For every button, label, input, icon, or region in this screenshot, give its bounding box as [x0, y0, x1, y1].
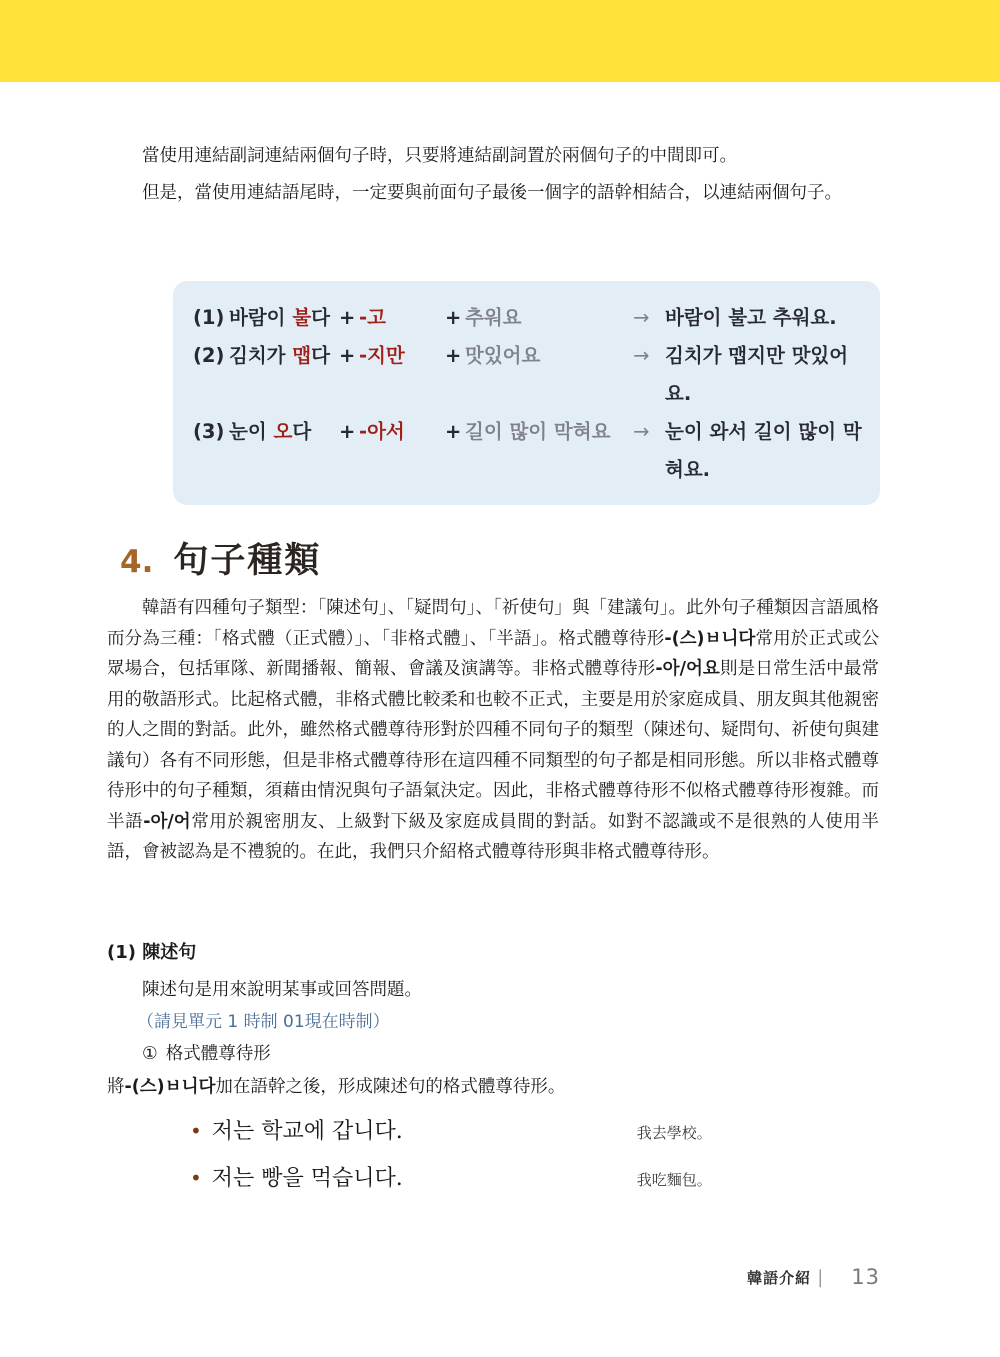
row-number: (2): [193, 337, 229, 375]
second-clause: 길이 많이 막혀요: [465, 413, 633, 451]
verb-phrase: 김치가 맵다: [229, 337, 339, 375]
verb-phrase: 눈이 오다: [229, 413, 339, 451]
plus-sign: +: [445, 337, 465, 375]
subsection-description: 陳述句是用來說明某事或回答問題。: [142, 974, 879, 1006]
formation-korean-ending: -(스)ㅂ니다: [125, 1077, 216, 1097]
section-paragraph: 韓語有四種句子類型：「陳述句」、「疑問句」、「祈使句」與「建議句」。此外句子種類…: [107, 593, 879, 868]
yellow-header-band: [0, 0, 1000, 82]
bullet-icon: •: [190, 1119, 202, 1143]
korean-sentence: 저는 학교에 갑니다.: [212, 1114, 637, 1145]
section-number: 4.: [120, 544, 153, 580]
intro-paragraph: 當使用連結副詞連結兩個句子時，只要將連結副詞置於兩個句子的中間即可。 但是，當使…: [107, 138, 878, 212]
subheading-label: 格式體尊待形: [166, 1044, 271, 1064]
section-title: 句子種類: [173, 533, 321, 583]
korean-sentence: 저는 빵을 먹습니다.: [212, 1161, 637, 1192]
subsection-heading: (1) 陳述句: [107, 938, 879, 968]
footer-section-label: 韓語介紹: [747, 1267, 811, 1288]
section-heading: 4. 句子種類: [120, 533, 321, 583]
connector-ending: -지만: [359, 337, 445, 375]
verb-stem: 오: [273, 420, 292, 443]
footer-divider: |: [817, 1267, 823, 1288]
example-box: (1) 바람이 불다 + -고 + 추워요 → 바람이 불고 추워요. (2) …: [173, 281, 880, 505]
page-footer: 韓語介紹 | 13: [747, 1265, 880, 1289]
chinese-translation: 我去學校。: [637, 1122, 712, 1143]
circled-one-icon: ①: [142, 1044, 158, 1064]
korean-ending-formal: -(스)ㅂ니다: [664, 629, 755, 649]
arrow-icon: →: [633, 413, 665, 451]
numbered-subheading: ①格式體尊待形: [142, 1038, 879, 1070]
row-number: (1): [193, 299, 229, 337]
row-number: (3): [193, 413, 229, 451]
textbook-page: 當使用連結副詞連結兩個句子時，只要將連結副詞置於兩個句子的中間即可。 但是，當使…: [0, 0, 1000, 1357]
result-sentence: 바람이 불고 추워요.: [665, 299, 866, 337]
korean-ending-banmal: -아/어: [143, 812, 190, 832]
reference-note: （請見單元 1 時制 01現在時制）: [137, 1006, 879, 1038]
second-clause: 맛있어요: [465, 337, 633, 375]
page-number: 13: [851, 1265, 880, 1289]
result-sentence: 눈이 와서 길이 많이 막혀요.: [665, 413, 866, 489]
formation-rule: 將-(스)ㅂ니다加在語幹之後，形成陳述句的格式體尊待形。: [107, 1071, 879, 1103]
korean-ending-informal: -아/어요: [655, 659, 719, 679]
connector-ending: -고: [359, 299, 445, 337]
bullet-icon: •: [190, 1166, 202, 1190]
plus-sign: +: [445, 299, 465, 337]
intro-line-2: 但是，當使用連結語尾時，一定要與前面句子最後一個字的語幹相結合，以連結兩個句子。: [107, 175, 878, 212]
intro-line-1: 當使用連結副詞連結兩個句子時，只要將連結副詞置於兩個句子的中間即可。: [107, 138, 878, 175]
example-row-2: (2) 김치가 맵다 + -지만 + 맛있어요 → 김치가 맵지만 맛있어요.: [193, 337, 866, 413]
verb-stem: 맵: [292, 344, 311, 367]
plus-sign: +: [339, 299, 359, 337]
declarative-subsection: (1) 陳述句 陳述句是用來說明某事或回答問題。 （請見單元 1 時制 01現在…: [107, 938, 879, 1103]
arrow-icon: →: [633, 337, 665, 375]
example-row-1: (1) 바람이 불다 + -고 + 추워요 → 바람이 불고 추워요.: [193, 299, 866, 337]
verb-stem: 불: [292, 306, 311, 329]
verb-phrase: 바람이 불다: [229, 299, 339, 337]
example-row-3: (3) 눈이 오다 + -아서 + 길이 많이 막혀요 → 눈이 와서 길이 많…: [193, 413, 866, 489]
example-sentence-list: • 저는 학교에 갑니다. 我去學校。 • 저는 빵을 먹습니다. 我吃麵包。: [190, 1114, 890, 1208]
example-item: • 저는 빵을 먹습니다. 我吃麵包。: [190, 1161, 890, 1208]
plus-sign: +: [339, 413, 359, 451]
plus-sign: +: [445, 413, 465, 451]
example-item: • 저는 학교에 갑니다. 我去學校。: [190, 1114, 890, 1161]
arrow-icon: →: [633, 299, 665, 337]
second-clause: 추워요: [465, 299, 633, 337]
chinese-translation: 我吃麵包。: [637, 1169, 712, 1190]
connector-ending: -아서: [359, 413, 445, 451]
result-sentence: 김치가 맵지만 맛있어요.: [665, 337, 866, 413]
plus-sign: +: [339, 337, 359, 375]
